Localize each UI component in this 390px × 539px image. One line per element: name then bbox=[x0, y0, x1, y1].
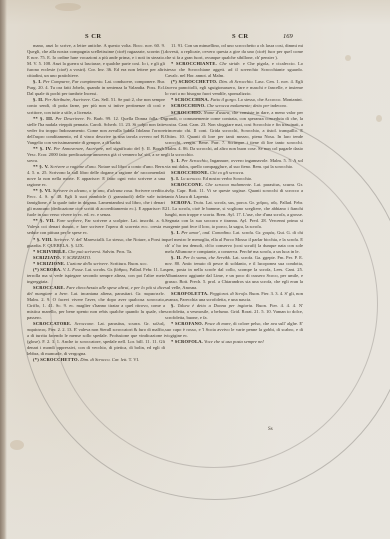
entry-definition: Che scrocca malamente; detto per bbox=[207, 103, 269, 108]
dictionary-entry: 11. 91. Con un minuellino, od uno scrocc… bbox=[165, 43, 303, 61]
entry-definition: Per amor', ond. Comedino. bbox=[181, 230, 231, 235]
right-column: 11. 91. Con un minuellino, od uno scrocc… bbox=[165, 43, 303, 345]
entry-definition: Talora è detto a Donna per ingiuria. bbox=[178, 303, 254, 308]
entry-definition: Chi co gli scrocca. bbox=[210, 170, 244, 175]
entry-definition: Per Compurre, Far compimento. bbox=[43, 79, 103, 84]
entry-definition: Che può scriversi. bbox=[68, 249, 101, 254]
dictionary-entry: §. II. Per lo vama, che Servikk. Lat. sc… bbox=[165, 255, 303, 291]
entry-headword: * SCRIVIBILE. bbox=[33, 249, 67, 254]
dictionary-entry: §. I. Per Compurre, Far compimento. Lat.… bbox=[27, 79, 165, 97]
entry-headword: §. I. bbox=[171, 230, 180, 235]
entry-text: che consiste in dare, a meno valor per g… bbox=[165, 110, 303, 157]
entry-headword: SCRIZIATO. bbox=[33, 255, 61, 260]
entry-definition: Che scrocca malamente. bbox=[205, 182, 252, 187]
entry-headword: * §. VIII. bbox=[33, 237, 53, 242]
entry-headword: SCROCCHINO. bbox=[171, 103, 206, 108]
dictionary-entry: §. Talora è detto a Donna per ingiuria. … bbox=[165, 303, 303, 321]
running-head-left: S CR bbox=[85, 33, 102, 40]
foxing-spot bbox=[55, 3, 81, 11]
entry-definition: Per lo vama, che Servikk. bbox=[183, 255, 231, 260]
dictionary-entry: SCROCCONE. Che scrocca malamente. Lat. p… bbox=[165, 182, 303, 200]
entry-text: indecoro. bbox=[270, 103, 287, 108]
entry-definition: Dim. di Scrocco. Car. lett. bbox=[80, 357, 127, 362]
entry-definition: V. SCREZIATO. bbox=[62, 255, 91, 260]
signature-mark: Ss bbox=[268, 427, 273, 432]
entry-headword: §. I. bbox=[33, 79, 42, 84]
entry-text: Lat. scrofa. Ga. ggepte. Fm. Per. P. E. … bbox=[165, 255, 303, 290]
entry-headword: SCROCCATORE. bbox=[33, 321, 72, 326]
dictionary-entry: * SCROFOLA. Voce che si usa posta sempre… bbox=[165, 339, 303, 345]
entry-headword: SCROFOLETTA. bbox=[171, 291, 209, 296]
entry-headword: ** §. IV. bbox=[33, 146, 52, 151]
entry-definition: Dim. di Scrocchio. bbox=[219, 79, 254, 84]
entry-headword: SCROCCONE. bbox=[171, 182, 203, 187]
entry-headword: * SCROCCHIANTE. bbox=[171, 61, 217, 66]
entry-headword: SCROCCHIO. bbox=[171, 110, 202, 115]
entry-definition: V. L. Fosse. bbox=[63, 267, 84, 272]
entry-definition: L'azione dello scrivere. bbox=[67, 261, 109, 266]
left-column: mano, anzi lo scrive, a lettre antiche. … bbox=[27, 43, 165, 363]
dictionary-entry: SCROFA. Troia. Lat. scrofa, sus, porca. … bbox=[165, 200, 303, 230]
entry-headword: ** §. VII. bbox=[33, 218, 55, 223]
dictionary-entry: SCROCCATORE. Scroccone. Lat. parasitus, … bbox=[27, 321, 165, 357]
dictionary-entry: ** §. III. Per Descrivere. Fr. Barb. 99.… bbox=[27, 116, 165, 146]
dictionary-entry: (*) SCROBA. V. L. Fosse. Lat. scrobs. Gr… bbox=[27, 267, 165, 285]
dictionary-entry: §. I. Per Scrocchio, Ingannare, ovvero i… bbox=[165, 158, 303, 170]
foxing-spot bbox=[376, 115, 382, 122]
entry-headword: ** §. V. bbox=[33, 164, 49, 169]
entry-headword: §. I. bbox=[171, 158, 180, 163]
entry-definition: Per Annoverare, Ascrivere, bbox=[54, 146, 105, 151]
entry-definition: Lo scrocco. bbox=[181, 176, 202, 181]
entry-text: Salvin. Pros. Ta. bbox=[102, 249, 132, 254]
dictionary-entry: §. II. Per Attribuire, Ascrivere. Cas. S… bbox=[27, 97, 165, 115]
dictionary-entry: * SCROFANO. Pesce di mare, di colore pel… bbox=[165, 321, 303, 339]
entry-definition: Peggiorat. di Scrofa. bbox=[210, 291, 248, 296]
running-head-right: S CR bbox=[232, 33, 249, 40]
dictionary-entry: ** §. IV. Per Annoverare, Ascrivere, nel… bbox=[27, 146, 165, 164]
entry-definition: Fare scrivere, bbox=[57, 218, 83, 223]
entry-headword: (*) SCROBA. bbox=[33, 267, 62, 272]
entry-text: Lat. parasitus, scurra. Gr. κόλαξ, παράσ… bbox=[27, 321, 165, 356]
entry-headword: ** §. III. bbox=[33, 116, 53, 121]
entry-definition: Per Attribuire, Ascrivere. bbox=[45, 97, 91, 102]
entry-headword: §. bbox=[171, 303, 175, 308]
foxing-spot bbox=[10, 440, 24, 450]
entry-headword: §. II. bbox=[171, 255, 182, 260]
entry-definition: Fatto il gorgo. bbox=[210, 97, 236, 102]
entry-definition: Pesce di mare, bbox=[205, 321, 232, 326]
dictionary-entry: SCROFOLETTA. Peggiorat. di Scrofa. Buon.… bbox=[165, 291, 303, 303]
entry-headword: (*) SCROCCHETTO. bbox=[171, 79, 217, 84]
dictionary-entry: SCROCCHIO. Nome d'usura, che consiste in… bbox=[165, 110, 303, 158]
entry-definition: Voce che si usa posta sempre nel bbox=[204, 339, 263, 344]
entry-definition: Che stride. bbox=[219, 61, 240, 66]
entry-text: T. VI. bbox=[129, 357, 140, 362]
entry-headword: §. I. bbox=[171, 176, 179, 181]
dictionary-entry: SCROCCARE. Fare checchessia alle spese a… bbox=[27, 285, 165, 321]
entry-headword: * SCROFOLA. bbox=[171, 339, 203, 344]
entry-definition: Scroccone. bbox=[75, 321, 95, 326]
foxing-spot bbox=[345, 55, 351, 61]
entry-headword: * SCROFANO. bbox=[171, 321, 203, 326]
page-number: 169 bbox=[283, 33, 293, 40]
dictionary-entry: §. I. Per amor', ond. Comedino. Lat. scr… bbox=[165, 230, 303, 254]
entry-headword: SCROCCHIONE. bbox=[171, 170, 209, 175]
entry-headword: SCROCCARE. bbox=[33, 285, 65, 290]
entry-headword: * SCRIZIONE. bbox=[33, 261, 65, 266]
entry-headword: * SCROCCHINA. bbox=[171, 97, 209, 102]
entry-definition: Per Descrivere. bbox=[55, 116, 84, 121]
entry-definition: Per Scrocchio, bbox=[181, 158, 208, 163]
entry-definition: Scrivere. bbox=[54, 237, 70, 242]
entry-text: 11. 91. Con un minuellino, od uno scrocc… bbox=[165, 43, 303, 60]
dictionary-entry: * SCROCCHIANTE. Che stride. e Che pigola… bbox=[165, 61, 303, 79]
dictionary-entry: mano, anzi lo scrive, a lettre antiche. … bbox=[27, 43, 165, 79]
entry-definition: Nome d'usura, bbox=[204, 110, 231, 115]
entry-text: Ed nostro verbo Scrocchio. bbox=[203, 176, 253, 181]
entry-text: Lo stesso, che Accocco. Montanini. bbox=[238, 97, 303, 102]
dictionary-entry: ** §. VI. Scrivere in alcuno, o in uno, … bbox=[27, 188, 165, 218]
scanned-page: S CR S CR 169 mano, anzi lo scrive, a le… bbox=[0, 0, 390, 539]
dictionary-entry: (*) SCROCCHETTO. Dim. di Scrocchio. Lasc… bbox=[165, 79, 303, 97]
entry-definition: Troia. bbox=[193, 200, 204, 205]
entry-text: mano, anzi lo scrive, a lettre antiche. … bbox=[27, 43, 165, 78]
entry-headword: ** §. VI. bbox=[33, 188, 52, 193]
dictionary-entry: ** §. VII. Fare scrivere, Far scrivere a… bbox=[27, 218, 165, 236]
dictionary-entry: ** §. V. Scrivere a ragione d'uno. Notar… bbox=[27, 164, 165, 188]
entry-headword: (*) SCROCCHETTO. bbox=[33, 357, 79, 362]
entry-definition: Scrivere a ragione d'uno. bbox=[50, 164, 96, 169]
entry-definition: Scrivere in alcuno, o in uno, d'alcuna c… bbox=[53, 188, 133, 193]
binding-edge bbox=[0, 0, 7, 539]
entry-headword: §. II. bbox=[33, 97, 44, 102]
dictionary-entry: * §. VIII. Scrivere. V. del' Marescialli… bbox=[27, 237, 165, 249]
entry-headword: SCROFA. bbox=[171, 200, 192, 205]
entry-text: Scrittura. Buon. ucc. bbox=[110, 261, 148, 266]
dictionary-entry: (*) SCROCCHETTO. Dim. di Scrocco. Car. l… bbox=[27, 357, 165, 363]
